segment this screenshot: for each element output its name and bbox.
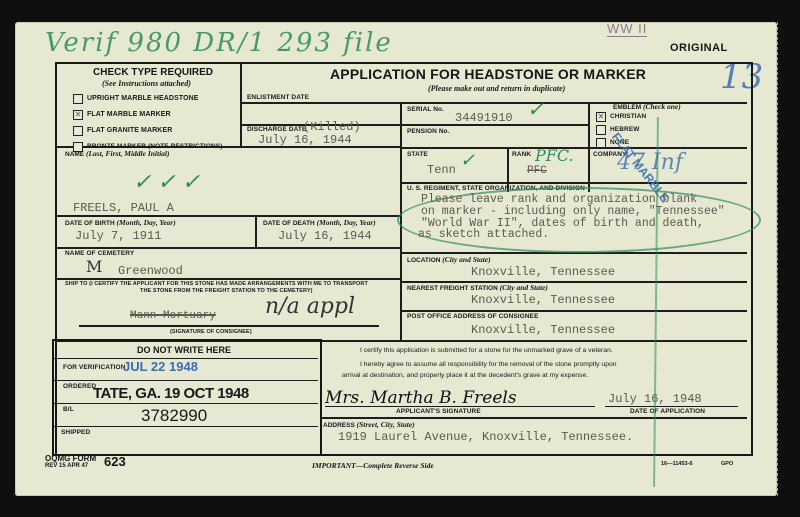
ship-to-label: SHIP TO (I CERTIFY THE APPLICANT FOR THI… [65,281,368,287]
divider [402,182,747,184]
serial-no-value: 34491910 [455,111,513,125]
dod-label: DATE OF DEATH (Month, Day, Year) [263,218,376,227]
cemetery-handwritten-prefix: M [86,257,102,276]
checkbox[interactable] [73,94,83,104]
address-value: 1919 Laurel Avenue, Knoxville, Tennessee… [338,430,633,444]
serial-no-label: SERIAL No. [407,106,444,113]
location-label: LOCATION (City and State) [407,255,491,264]
ordered-value: TATE, GA. 19 OCT 1948 [93,385,249,402]
checkbox-checked[interactable]: ✕ [73,110,83,120]
ship-to-struck-value: Mann Mortuary [130,310,216,322]
name-label: NAME (Last, First, Middle Initial) [65,149,170,158]
top-handwritten-annotation: Verif 980 DR/1 293 file [45,28,393,58]
divider [57,215,402,217]
state-value: Tenn [427,163,456,177]
divider [57,247,402,249]
checkbox[interactable] [73,126,83,136]
regiment-line-4: as sketch attached. [418,228,549,241]
address-label: ADDRESS (Street, City, State) [323,420,415,429]
pension-no-label: PENSION No. [407,128,450,135]
emblem-label: EMBLEM (Check one) [613,102,681,111]
checkbox[interactable] [596,125,606,135]
form-id-line-2: REV 15 APR 47 [45,463,88,469]
divider [79,325,379,327]
dob-value: July 7, 1911 [75,229,161,243]
form-id-line-1: OQMG FORM [45,454,96,463]
bl-value: 3782990 [141,406,207,426]
applicant-signature-label: APPLICANT'S SIGNATURE [396,408,481,415]
perforated-edge [773,22,778,496]
divider [320,417,747,419]
checkbox[interactable] [596,138,606,148]
form-subtitle: (Please make out and return in duplicate… [428,84,565,93]
divider [255,215,257,247]
divider [54,380,318,381]
ship-to-handwritten: n/a appl [265,294,355,319]
check-type-heading: CHECK TYPE REQUIRED [93,67,213,78]
headstone-application-card: Verif 980 DR/1 293 file WW II ORIGINAL 1… [15,22,777,496]
form-number: 623 [104,454,126,469]
checkbox-checked[interactable]: ✕ [596,112,606,122]
consignee-signature-caption: (SIGNATURE OF CONSIGNEE) [170,329,252,335]
discharge-note: (Killed) [303,120,361,134]
rank-handwritten: PFC. [535,146,574,165]
rank-label: RANK [512,151,531,158]
freight-station-label: NEAREST FREIGHT STATION (City and State) [407,283,548,292]
certification-line-1: I certify this application is submitted … [360,347,613,354]
cemetery-label: NAME OF CEMETERY [65,250,134,257]
divider [402,340,747,342]
ordered-label: ORDERED [63,383,96,390]
discharge-date-label: DISCHARGE DATE [247,126,306,133]
applicant-signature: Mrs. Martha B. Freels [325,388,517,408]
check-type-subheading: (See Instructions attached) [102,79,191,88]
enlistment-date-label: ENLISTMENT DATE [247,94,309,101]
freight-station-value: Knoxville, Tennessee [471,293,615,307]
divider [325,406,595,407]
name-value: FREELS, PAUL A [73,201,174,215]
application-date-label: DATE OF APPLICATION [630,408,705,415]
dob-label: DATE OF BIRTH (Month, Day, Year) [65,218,176,227]
divider [57,278,402,280]
certification-line-2: I hereby agree to assume all responsibil… [360,361,617,368]
state-checkmark: ✓ [460,150,475,171]
bl-label: B/L [63,406,74,413]
post-office-label: POST OFFICE ADDRESS OF CONSIGNEE [407,313,539,320]
for-verification-value: JUL 22 1948 [123,359,198,374]
name-checkmarks: ✓✓✓ [133,170,206,195]
divider [54,426,318,427]
certification-line-3: arrival at destination, and properly pla… [342,372,588,379]
cemetery-value: Greenwood [118,264,183,278]
location-value: Knoxville, Tennessee [471,265,615,279]
important-note: IMPORTANT—Complete Reverse Side [312,461,434,470]
divider [402,147,747,149]
form-title: APPLICATION FOR HEADSTONE OR MARKER [330,66,646,82]
discharge-date-value: July 16, 1944 [258,133,352,147]
post-office-value: Knoxville, Tennessee [471,323,615,337]
print-code: 16—11453-6 [661,461,693,467]
copy-label: ORIGINAL [670,42,728,54]
shipped-label: SHIPPED [61,429,90,436]
divider [605,406,738,407]
office-use-heading: DO NOT WRITE HERE [137,345,231,355]
divider [240,64,242,146]
divider [402,310,747,312]
for-verification-label: FOR VERIFICATION [63,364,126,371]
state-label: STATE [407,151,428,158]
divider [54,403,318,404]
gpo-mark: GPO [721,461,733,467]
serial-checkmark: ✓ [527,97,544,121]
rank-struck-value: PFC [527,165,547,177]
ww-stamp: WW II [607,21,647,37]
dod-value: July 16, 1944 [278,229,372,243]
